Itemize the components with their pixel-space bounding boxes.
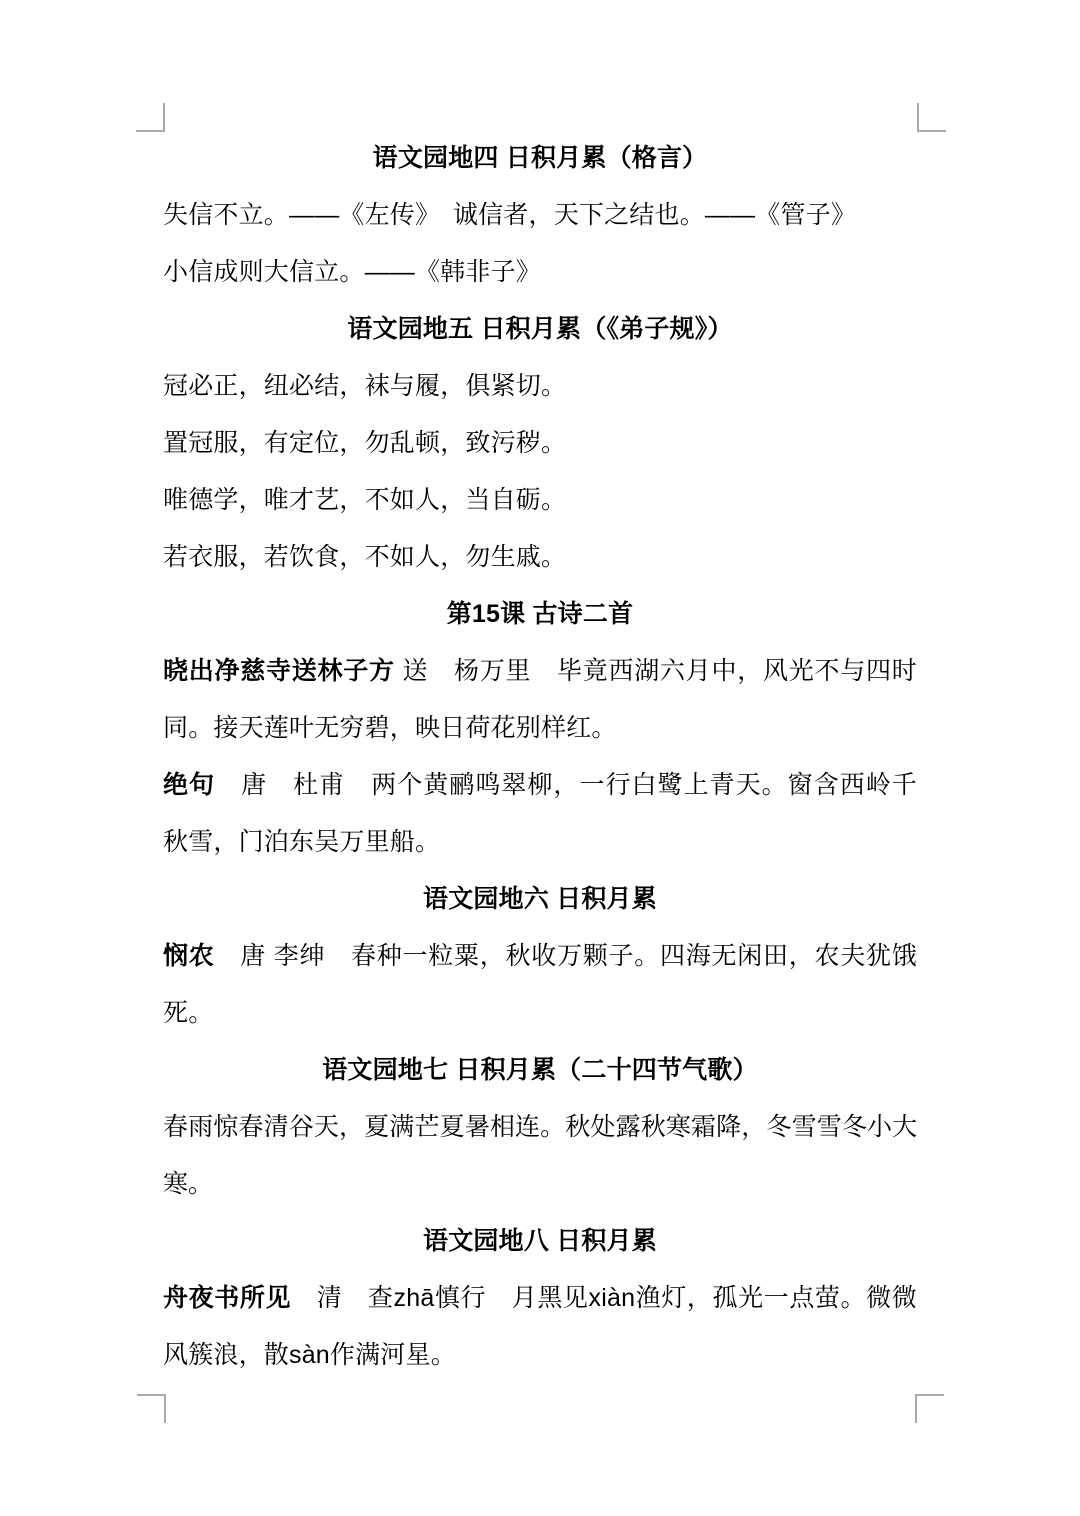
paragraph[interactable]: 舟夜书所见 清 查zhā慎行 月黑见xiàn渔灯，孤光一点萤。微微风簇浪，散sà…: [163, 1270, 917, 1384]
section-heading[interactable]: 语文园地五 日积月累（《弟子规》）: [163, 301, 917, 358]
paragraph[interactable]: 春雨惊春清谷天，夏满芒夏暑相连。秋处露秋寒霜降，冬雪雪冬小大寒。: [163, 1099, 917, 1213]
section-heading[interactable]: 第15课 古诗二首: [163, 586, 917, 643]
paragraph[interactable]: 若衣服，若饮食，不如人，勿生戚。: [163, 529, 917, 586]
text-run-bold: 晓出净慈寺送林子方: [163, 657, 395, 685]
section-heading[interactable]: 语文园地七 日积月累（二十四节气歌）: [163, 1042, 917, 1099]
section-heading[interactable]: 语文园地八 日积月累: [163, 1213, 917, 1270]
text-run: 春雨惊春清谷天，夏满芒夏暑相连。秋处露秋寒霜降，冬雪雪冬小大寒。: [163, 1113, 917, 1198]
paragraph[interactable]: 小信成则大信立。——《韩非子》: [163, 244, 917, 301]
text-run: 唯德学，唯才艺，不如人，当自砺。: [163, 486, 566, 514]
text-run: 唐 杜甫 两个黄鹂鸣翠柳，一行白鹭上青天。窗含西岭千秋雪，门泊东吴万里船。: [163, 771, 917, 856]
document-body: 语文园地四 日积月累（格言）失信不立。——《左传》 诚信者，天下之结也。——《管…: [163, 130, 917, 1384]
text-run: 唐 李绅 春种一粒粟，秋收万颗子。四海无闲田，农夫犹饿死。: [163, 942, 917, 1027]
text-run-bold: 舟夜书所见: [163, 1284, 291, 1312]
paragraph[interactable]: 冠必正，纽必结，袜与履，俱紧切。: [163, 358, 917, 415]
text-run-bold: 绝句: [163, 771, 215, 799]
paragraph[interactable]: 置冠服，有定位，勿乱顿，致污秽。: [163, 415, 917, 472]
text-run-bold: 悯农: [163, 942, 215, 970]
margin-mark-top-right-icon: [917, 103, 946, 132]
paragraph[interactable]: 失信不立。——《左传》 诚信者，天下之结也。——《管子》: [163, 187, 917, 244]
paragraph[interactable]: 绝句 唐 杜甫 两个黄鹂鸣翠柳，一行白鹭上青天。窗含西岭千秋雪，门泊东吴万里船。: [163, 757, 917, 871]
text-run: 失信不立。——《左传》 诚信者，天下之结也。——《管子》: [163, 201, 856, 229]
section-heading[interactable]: 语文园地四 日积月累（格言）: [163, 130, 917, 187]
paragraph[interactable]: 悯农 唐 李绅 春种一粒粟，秋收万颗子。四海无闲田，农夫犹饿死。: [163, 928, 917, 1042]
paragraph[interactable]: 晓出净慈寺送林子方 送 杨万里 毕竟西湖六月中，风光不与四时同。接天莲叶无穷碧，…: [163, 643, 917, 757]
margin-mark-bottom-right-icon: [915, 1394, 944, 1423]
margin-mark-bottom-left-icon: [137, 1394, 166, 1423]
document-page: 语文园地四 日积月累（格言）失信不立。——《左传》 诚信者，天下之结也。——《管…: [0, 0, 1080, 1516]
text-run: 置冠服，有定位，勿乱顿，致污秽。: [163, 429, 566, 457]
text-run: 小信成则大信立。——《韩非子》: [163, 258, 541, 286]
paragraph[interactable]: 唯德学，唯才艺，不如人，当自砺。: [163, 472, 917, 529]
text-run: 若衣服，若饮食，不如人，勿生戚。: [163, 543, 566, 571]
margin-mark-top-left-icon: [136, 103, 165, 132]
section-heading[interactable]: 语文园地六 日积月累: [163, 871, 917, 928]
text-run: 冠必正，纽必结，袜与履，俱紧切。: [163, 372, 566, 400]
